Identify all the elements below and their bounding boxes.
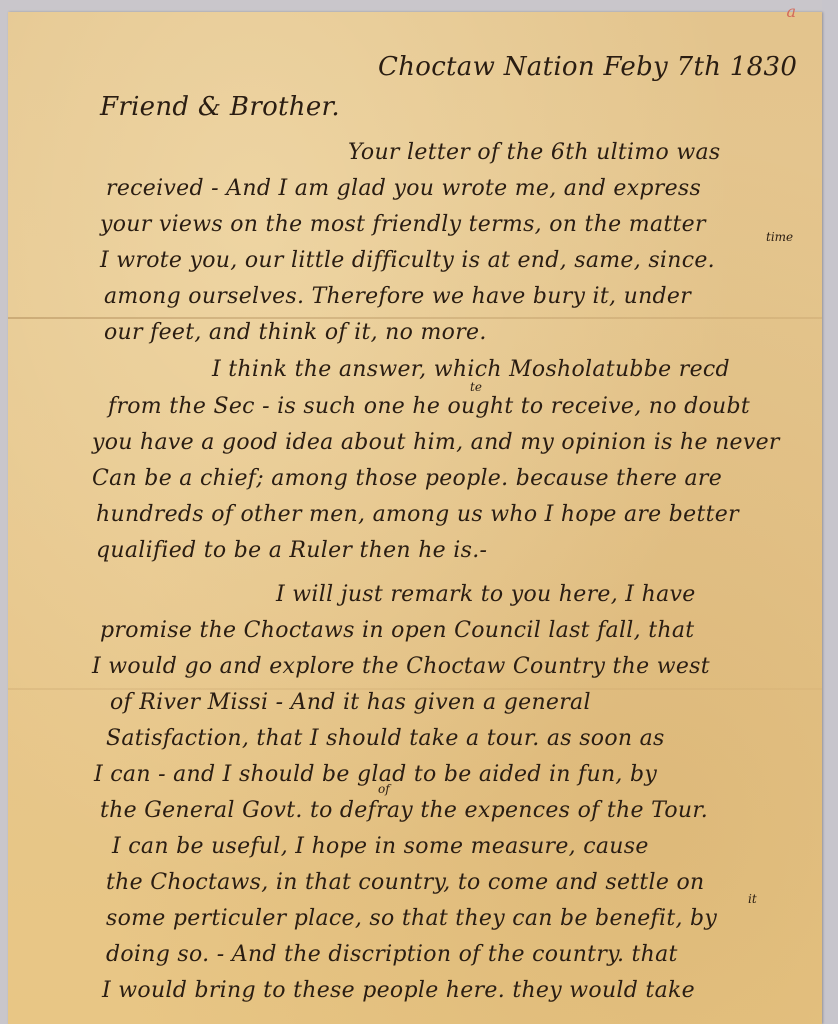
archive-mark: a [786,2,796,21]
letter-line: I can - and I should be glad to be aided… [94,762,657,787]
letter-line: I can be useful, I hope in some measure,… [112,834,649,859]
letter-line: hundreds of other men, among us who I ho… [96,502,739,527]
letter-line: the Choctaws, in that country, to come a… [106,870,705,895]
letter-line: I would go and explore the Choctaw Count… [92,654,710,679]
letter-line: qualified to be a Ruler then he is.- [96,538,487,563]
letter-line: I will just remark to you here, I have [276,582,696,607]
interlinear-insertion: time [766,230,793,244]
letter-line: your views on the most friendly terms, o… [100,212,706,237]
letter-line: promise the Choctaws in open Council las… [100,618,694,643]
letter-page: a Choctaw Nation Feby 7th 1830 Friend & … [8,12,822,1024]
letter-line: I would bring to these people here. they… [102,978,695,1003]
interlinear-insertion: te [470,380,482,394]
dateline: Choctaw Nation Feby 7th 1830 [378,52,797,82]
letter-line: among ourselves. Therefore we have bury … [104,284,691,309]
letter-line: the General Govt. to defray the expences… [100,798,708,823]
letter-line: received - And I am glad you wrote me, a… [106,176,701,201]
letter-line: Your letter of the 6th ultimo was [348,140,721,165]
interlinear-insertion: of [378,782,390,796]
letter-line: of River Missi - And it has given a gene… [110,690,591,715]
fold-line [8,317,822,319]
letter-line: our feet, and think of it, no more. [104,320,487,345]
letter-line: I wrote you, our little difficulty is at… [100,248,715,273]
letter-line: Satisfaction, that I should take a tour.… [106,726,665,751]
letter-line: Can be a chief; among those people. beca… [92,466,722,491]
letter-line: some perticuler place, so that they can … [106,906,717,931]
letter-line: from the Sec - is such one he ought to r… [108,394,750,419]
letter-line: I think the answer, which Mosholatubbe r… [212,357,730,382]
scan-background [822,0,838,1024]
interlinear-insertion: it [748,892,757,906]
letter-line: you have a good idea about him, and my o… [92,430,780,455]
letter-line: doing so. - And the discription of the c… [106,942,678,967]
salutation: Friend & Brother. [100,92,340,122]
